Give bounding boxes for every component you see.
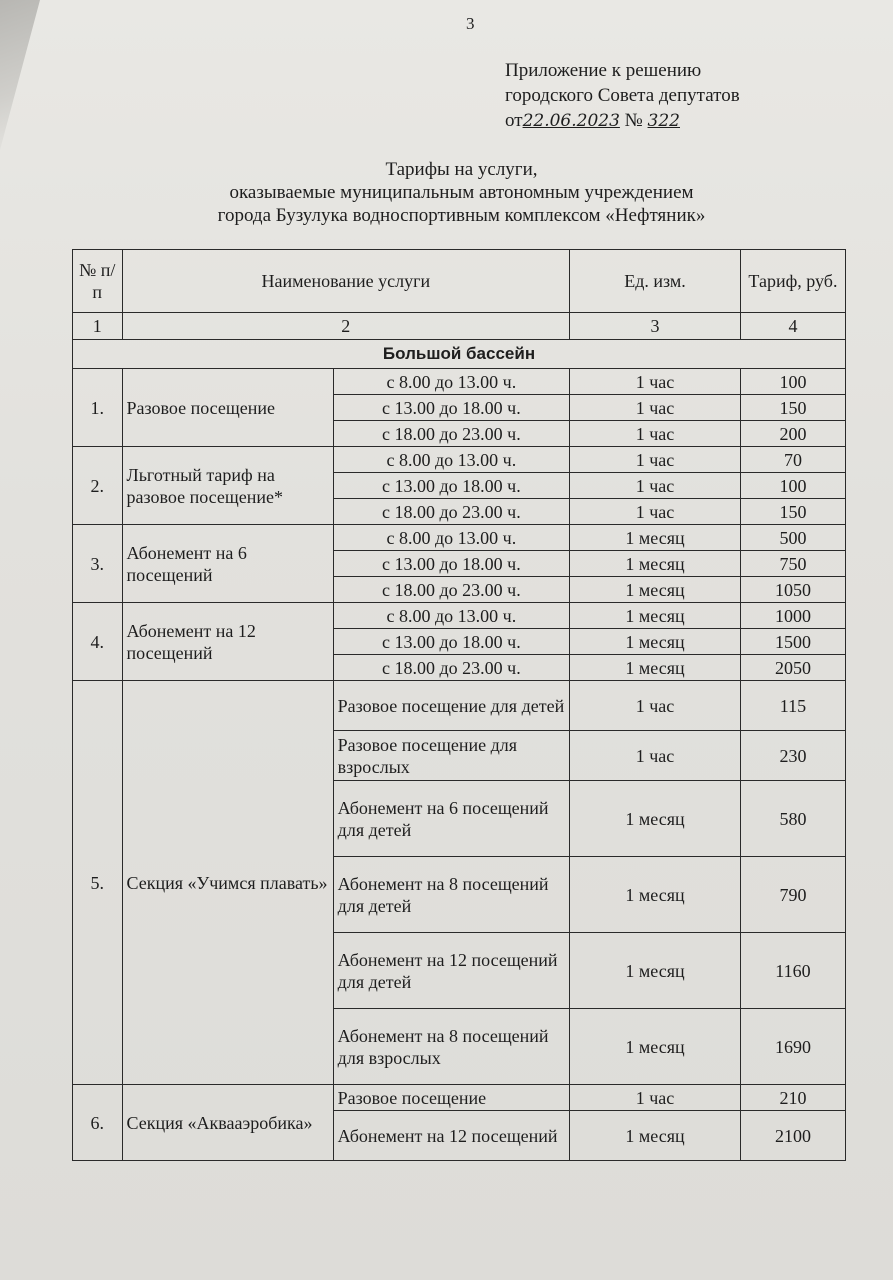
service-detail: с 8.00 до 13.00 ч. <box>333 603 569 629</box>
title-line-1: Тарифы на услуги, <box>0 158 893 181</box>
row-number: 1. <box>73 369 123 447</box>
title-line-3: города Бузулука водноспортивным комплекс… <box>0 204 893 227</box>
price-cell: 2100 <box>740 1111 845 1161</box>
unit-cell: 1 час <box>570 731 741 781</box>
appendix-date-line: от22.06.2023 № 322 <box>505 108 740 134</box>
service-detail: с 18.00 до 23.00 ч. <box>333 577 569 603</box>
table-row: 1.Разовое посещениес 8.00 до 13.00 ч.1 ч… <box>73 369 846 395</box>
service-detail: с 13.00 до 18.00 ч. <box>333 395 569 421</box>
column-index-row: 1 2 3 4 <box>73 313 846 340</box>
table-row: 4.Абонемент на 12 посещенийс 8.00 до 13.… <box>73 603 846 629</box>
page-number: 3 <box>466 14 475 34</box>
unit-cell: 1 месяц <box>570 857 741 933</box>
unit-cell: 1 месяц <box>570 629 741 655</box>
unit-cell: 1 месяц <box>570 655 741 681</box>
price-cell: 200 <box>740 421 845 447</box>
unit-cell: 1 месяц <box>570 603 741 629</box>
column-index: 4 <box>740 313 845 340</box>
row-number: 6. <box>73 1085 123 1161</box>
unit-cell: 1 час <box>570 473 741 499</box>
unit-cell: 1 час <box>570 369 741 395</box>
price-cell: 115 <box>740 681 845 731</box>
handwritten-number: 322 <box>648 111 680 131</box>
unit-cell: 1 месяц <box>570 781 741 857</box>
price-cell: 150 <box>740 499 845 525</box>
row-number: 3. <box>73 525 123 603</box>
service-name: Секция «Аквааэробика» <box>122 1085 333 1161</box>
price-cell: 750 <box>740 551 845 577</box>
unit-cell: 1 час <box>570 499 741 525</box>
tariff-table: № п/п Наименование услуги Ед. изм. Тариф… <box>72 249 846 1161</box>
price-cell: 1690 <box>740 1009 845 1085</box>
unit-cell: 1 месяц <box>570 551 741 577</box>
unit-cell: 1 час <box>570 1085 741 1111</box>
header-service-name: Наименование услуги <box>122 250 570 313</box>
header-unit: Ед. изм. <box>570 250 741 313</box>
table-row: 5.Секция «Учимся плавать»Разовое посещен… <box>73 681 846 731</box>
unit-cell: 1 месяц <box>570 1009 741 1085</box>
service-detail: с 13.00 до 18.00 ч. <box>333 473 569 499</box>
unit-cell: 1 час <box>570 421 741 447</box>
price-cell: 230 <box>740 731 845 781</box>
service-detail: с 13.00 до 18.00 ч. <box>333 551 569 577</box>
price-cell: 100 <box>740 369 845 395</box>
handwritten-date: 22.06.2023 <box>523 111 620 131</box>
table-header-row: № п/п Наименование услуги Ед. изм. Тариф… <box>73 250 846 313</box>
appendix-line-1: Приложение к решению <box>505 58 740 83</box>
column-index: 1 <box>73 313 123 340</box>
service-name: Секция «Учимся плавать» <box>122 681 333 1085</box>
table-body: 1.Разовое посещениес 8.00 до 13.00 ч.1 ч… <box>73 369 846 1161</box>
document-page: 3 Приложение к решению городского Совета… <box>0 0 893 1280</box>
service-detail: Абонемент на 8 посещений для взрослых <box>333 1009 569 1085</box>
page-curl-shadow <box>0 0 40 150</box>
service-detail: Разовое посещение <box>333 1085 569 1111</box>
unit-cell: 1 месяц <box>570 525 741 551</box>
unit-cell: 1 час <box>570 681 741 731</box>
service-detail: Абонемент на 8 посещений для детей <box>333 857 569 933</box>
column-index: 2 <box>122 313 570 340</box>
row-number: 4. <box>73 603 123 681</box>
service-name: Льготный тариф на разовое посещение* <box>122 447 333 525</box>
price-cell: 1000 <box>740 603 845 629</box>
price-cell: 150 <box>740 395 845 421</box>
row-number: 5. <box>73 681 123 1085</box>
section-title: Большой бассейн <box>73 340 846 369</box>
service-detail: с 18.00 до 23.00 ч. <box>333 499 569 525</box>
service-detail: Разовое посещение для взрослых <box>333 731 569 781</box>
unit-cell: 1 месяц <box>570 577 741 603</box>
title-line-2: оказываемые муниципальным автономным учр… <box>0 181 893 204</box>
service-detail: с 8.00 до 13.00 ч. <box>333 525 569 551</box>
service-detail: с 8.00 до 13.00 ч. <box>333 447 569 473</box>
number-prefix: № <box>625 110 643 131</box>
column-index: 3 <box>570 313 741 340</box>
price-cell: 500 <box>740 525 845 551</box>
price-cell: 210 <box>740 1085 845 1111</box>
service-name: Разовое посещение <box>122 369 333 447</box>
service-name: Абонемент на 12 посещений <box>122 603 333 681</box>
table-row: 3.Абонемент на 6 посещенийс 8.00 до 13.0… <box>73 525 846 551</box>
row-number: 2. <box>73 447 123 525</box>
service-detail: с 8.00 до 13.00 ч. <box>333 369 569 395</box>
service-name: Абонемент на 6 посещений <box>122 525 333 603</box>
price-cell: 70 <box>740 447 845 473</box>
date-prefix: от <box>505 110 523 131</box>
price-cell: 790 <box>740 857 845 933</box>
service-detail: с 18.00 до 23.00 ч. <box>333 655 569 681</box>
price-cell: 1500 <box>740 629 845 655</box>
service-detail: Разовое посещение для детей <box>333 681 569 731</box>
service-detail: Абонемент на 12 посещений <box>333 1111 569 1161</box>
service-detail: с 18.00 до 23.00 ч. <box>333 421 569 447</box>
service-detail: с 13.00 до 18.00 ч. <box>333 629 569 655</box>
service-detail: Абонемент на 12 посещений для детей <box>333 933 569 1009</box>
price-cell: 1160 <box>740 933 845 1009</box>
unit-cell: 1 час <box>570 395 741 421</box>
table-row: 2.Льготный тариф на разовое посещение*с … <box>73 447 846 473</box>
header-tariff: Тариф, руб. <box>740 250 845 313</box>
unit-cell: 1 час <box>570 447 741 473</box>
service-detail: Абонемент на 6 посещений для детей <box>333 781 569 857</box>
price-cell: 100 <box>740 473 845 499</box>
price-cell: 1050 <box>740 577 845 603</box>
appendix-header: Приложение к решению городского Совета д… <box>505 58 740 134</box>
unit-cell: 1 месяц <box>570 933 741 1009</box>
price-cell: 580 <box>740 781 845 857</box>
header-number: № п/п <box>73 250 123 313</box>
table-row: 6.Секция «Аквааэробика»Разовое посещение… <box>73 1085 846 1111</box>
unit-cell: 1 месяц <box>570 1111 741 1161</box>
document-title: Тарифы на услуги, оказываемые муниципаль… <box>0 158 893 227</box>
section-row: Большой бассейн <box>73 340 846 369</box>
appendix-line-2: городского Совета депутатов <box>505 83 740 108</box>
price-cell: 2050 <box>740 655 845 681</box>
